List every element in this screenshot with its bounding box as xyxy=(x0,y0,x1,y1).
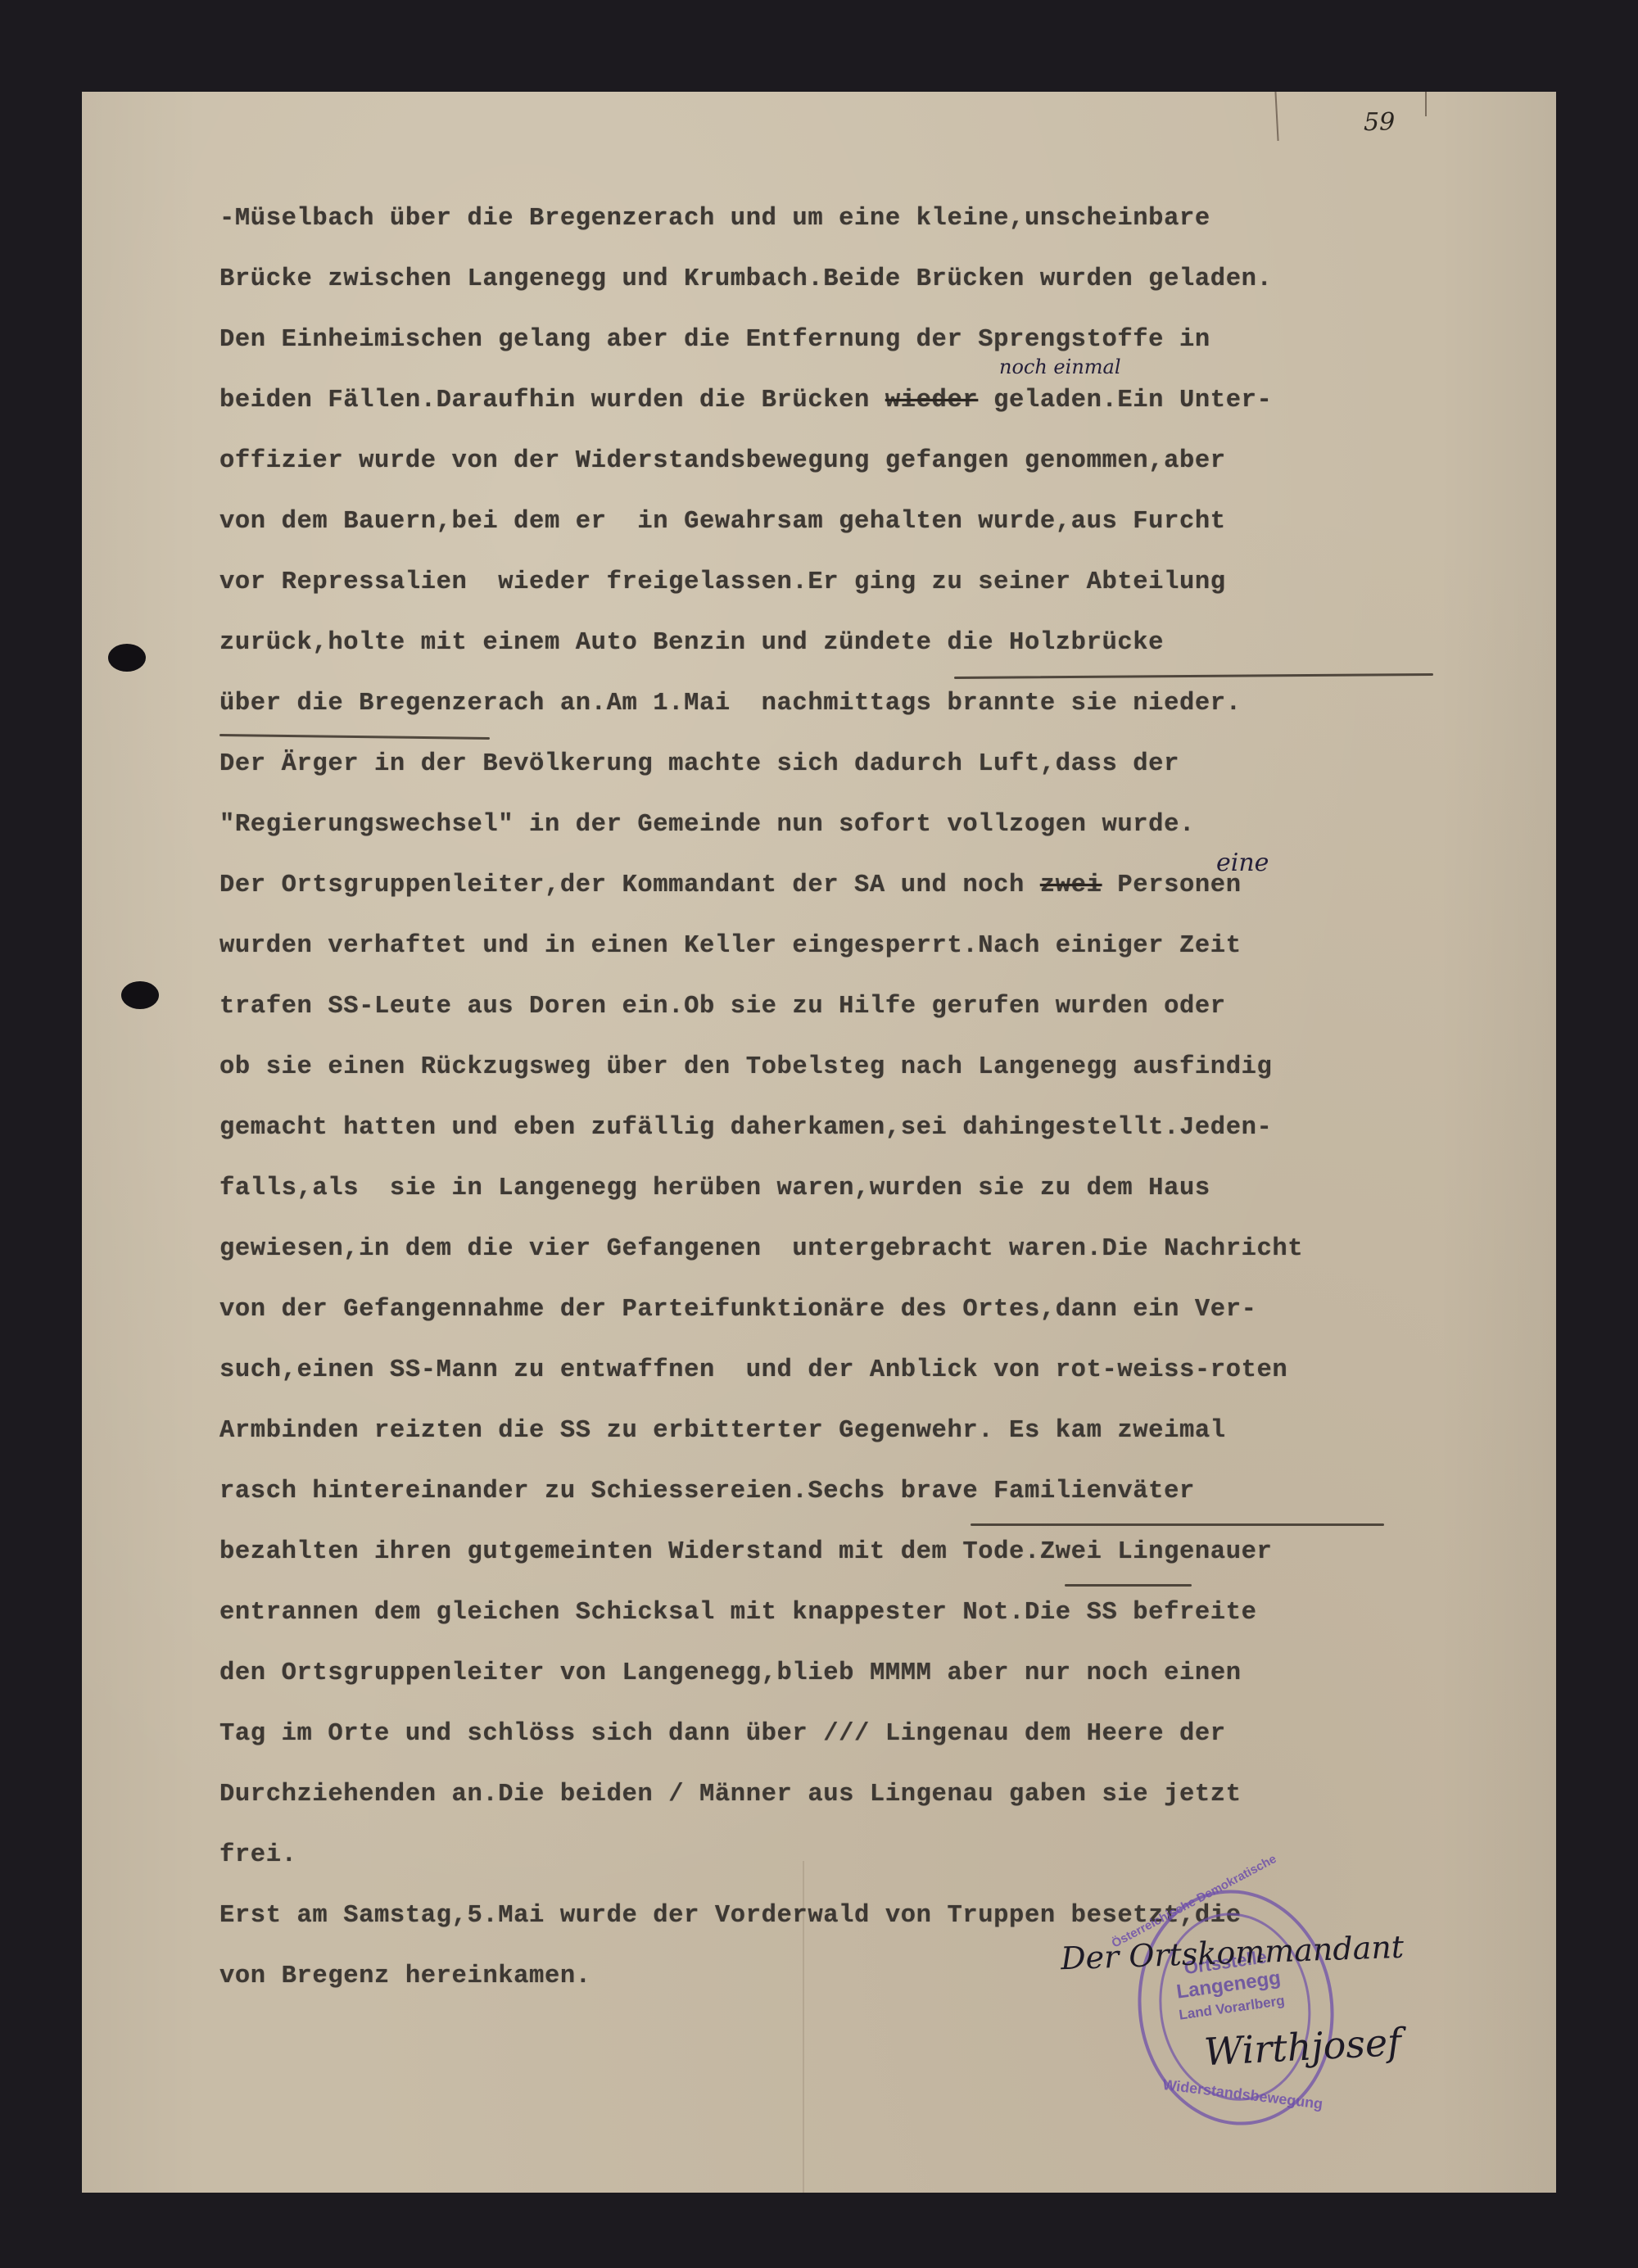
text-line: Erst am Samstag,5.Mai wurde der Vorderwa… xyxy=(219,1902,1242,1930)
text-line: Den Einheimischen gelang aber die Entfer… xyxy=(219,326,1210,354)
text-line: Armbinden reizten die SS zu erbitterter … xyxy=(219,1417,1226,1445)
handwritten-insertion: noch einmal xyxy=(999,355,1121,378)
signature-title: Der Ortskommandant xyxy=(1060,1929,1404,1977)
paper-tear xyxy=(1274,92,1278,141)
text-line: den Ortsgruppenleiter von Langenegg,blie… xyxy=(219,1659,1242,1687)
pencil-underline xyxy=(219,734,490,740)
text-line: zurück,holte mit einem Auto Benzin und z… xyxy=(219,629,1164,657)
pencil-underline xyxy=(1065,1584,1192,1587)
text-line: such,einen SS-Mann zu entwaffnen und der… xyxy=(219,1356,1287,1384)
signature-name: Wirthjosef xyxy=(1203,2020,1403,2075)
text-line: beiden Fällen.Daraufhin wurden die Brück… xyxy=(219,387,1272,414)
punch-hole xyxy=(108,644,146,672)
text-line: gemacht hatten und eben zufällig daherka… xyxy=(219,1114,1272,1142)
overtyped-characters: /// xyxy=(823,1720,870,1748)
text-line: Brücke zwischen Langenegg und Krumbach.B… xyxy=(219,265,1272,293)
punch-hole xyxy=(121,981,159,1009)
official-stamp: Österreichische Demokratische Widerstand… xyxy=(1123,1877,1349,2138)
text-line: trafen SS-Leute aus Doren ein.Ob sie zu … xyxy=(219,993,1226,1021)
document-page: 59 -Müselbach über die Bregenzerach und … xyxy=(82,92,1556,2193)
page-number: 59 xyxy=(1364,108,1395,137)
text-line: ob sie einen Rückzugsweg über den Tobels… xyxy=(219,1053,1272,1081)
overtyped-characters: / xyxy=(668,1781,684,1809)
paper-tear xyxy=(1425,92,1427,116)
text-line: bezahlten ihren gutgemeinten Widerstand … xyxy=(219,1538,1272,1566)
struck-word: zwei xyxy=(1040,871,1102,899)
text-line: von dem Bauern,bei dem er in Gewahrsam g… xyxy=(219,508,1226,536)
text-line: "Regierungswechsel" in der Gemeinde nun … xyxy=(219,811,1195,839)
text-line: entrannen dem gleichen Schicksal mit kna… xyxy=(219,1599,1257,1627)
text-line: Tag im Orte und schlöss sich dann über /… xyxy=(219,1720,1226,1748)
text-line: falls,als sie in Langenegg herüben waren… xyxy=(219,1175,1210,1202)
overtyped-characters: MMMM xyxy=(870,1659,932,1687)
text-line: wurden verhaftet und in einen Keller ein… xyxy=(219,932,1242,960)
text-line: vor Repressalien wieder freigelassen.Er … xyxy=(219,568,1226,596)
text-line: -Müselbach über die Bregenzerach und um … xyxy=(219,205,1210,233)
struck-word: wieder xyxy=(885,387,978,414)
text-line: frei. xyxy=(219,1841,297,1869)
text-line: von der Gefangennahme der Parteifunktion… xyxy=(219,1296,1257,1324)
text-line: über die Bregenzerach an.Am 1.Mai nachmi… xyxy=(219,690,1242,718)
text-line: gewiesen,in dem die vier Gefangenen unte… xyxy=(219,1235,1303,1263)
text-line: Der Ortsgruppenleiter,der Kommandant der… xyxy=(219,871,1242,899)
pencil-underline xyxy=(954,673,1433,679)
text-line: von Bregenz hereinkamen. xyxy=(219,1962,591,1990)
text-line: Der Ärger in der Bevölkerung machte sich… xyxy=(219,750,1179,778)
text-line: rasch hintereinander zu Schiessereien.Se… xyxy=(219,1478,1195,1505)
text-line: Durchziehenden an.Die beiden / Männer au… xyxy=(219,1781,1242,1809)
text-line: offizier wurde von der Widerstandsbewegu… xyxy=(219,447,1226,475)
pencil-underline xyxy=(971,1523,1384,1526)
